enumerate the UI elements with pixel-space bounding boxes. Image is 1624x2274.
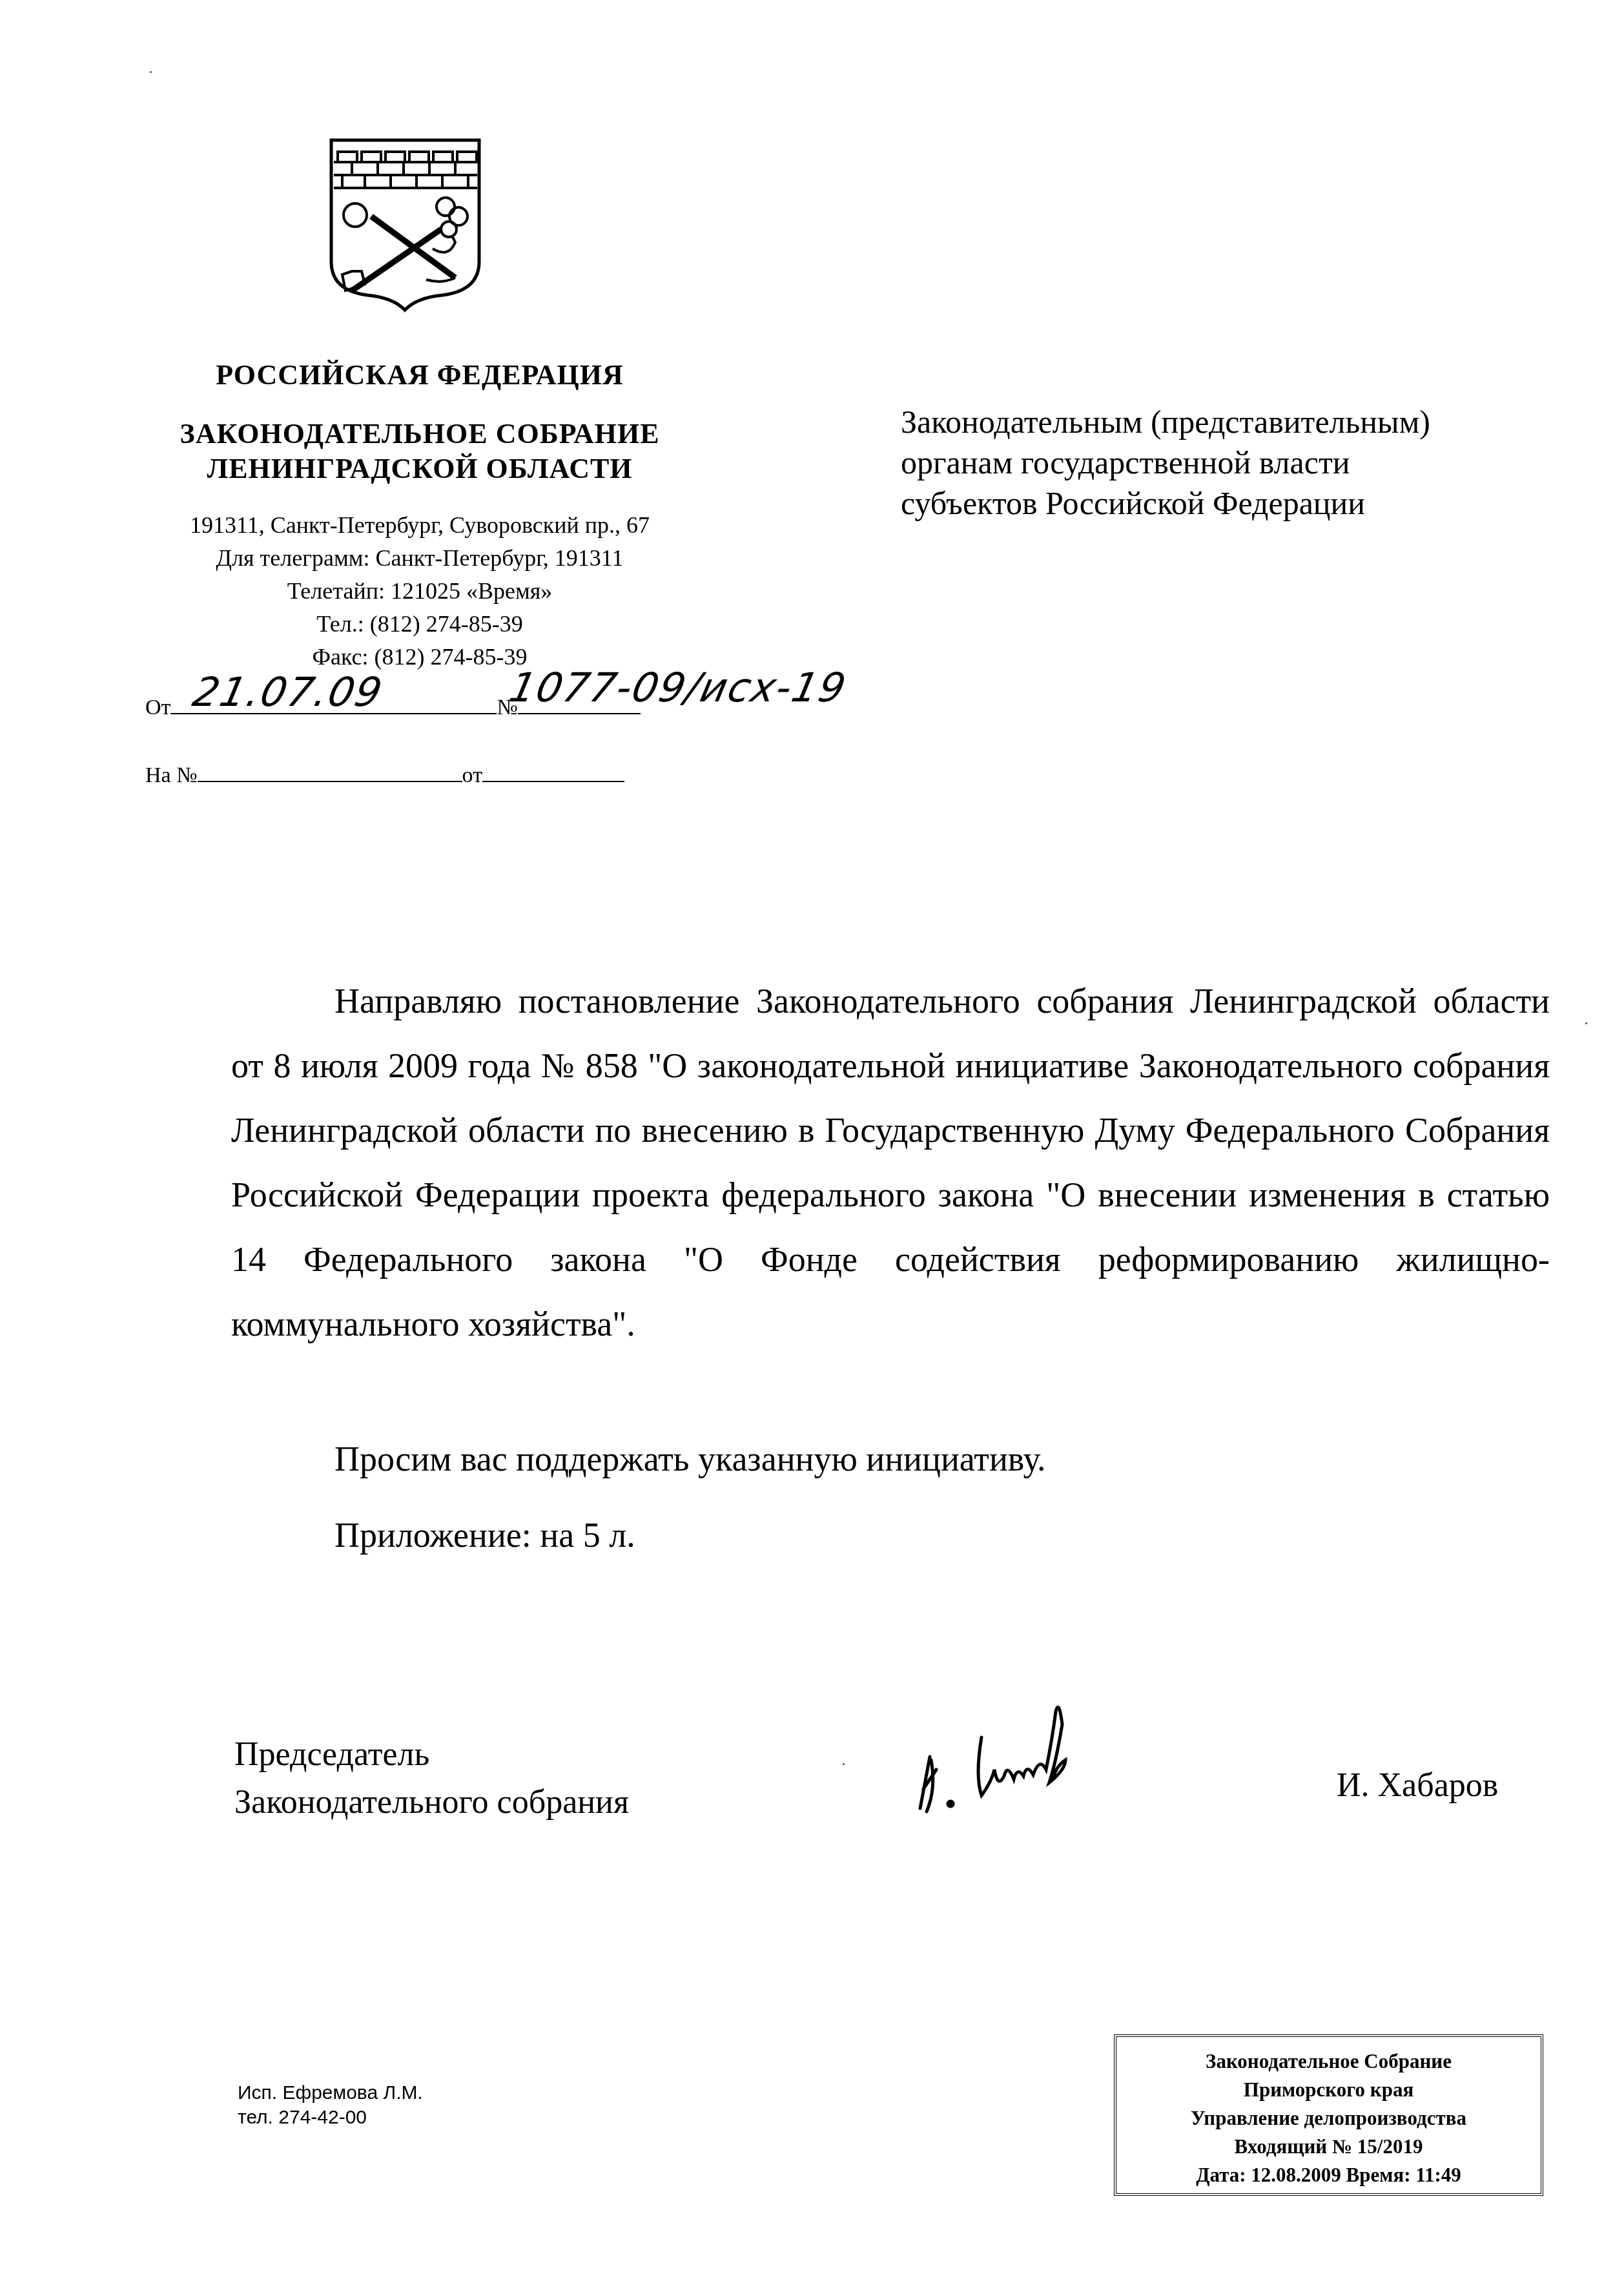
reply-registration: На №от [145, 759, 624, 788]
reply-number-field [198, 759, 462, 782]
position-line-1: Председатель [234, 1731, 629, 1779]
reply-from-label: от [462, 763, 482, 787]
organization-title: ЗАКОНОДАТЕЛЬНОЕ СОБРАНИЕ ЛЕНИНГРАДСКОЙ О… [129, 417, 710, 486]
attachment-note: Приложение: на 5 л. [334, 1515, 635, 1555]
address-block: 191311, Санкт-Петербург, Суворовский пр.… [129, 509, 710, 674]
scan-speck [843, 1763, 845, 1765]
recipient-line: органам государственной власти [901, 442, 1547, 483]
telegram-line: Для телеграмм: Санкт-Петербург, 191311 [129, 542, 710, 575]
reply-number-label: На № [145, 763, 198, 787]
executor-info: Исп. Ефремова Л.М. тел. 274-42-00 [238, 2081, 423, 2130]
organization-line-2: ЛЕНИНГРАДСКОЙ ОБЛАСТИ [129, 451, 710, 486]
scan-speck [150, 71, 152, 73]
signatory-name: И. Хабаров [1337, 1766, 1498, 1804]
handwritten-number: 1077-09/исх-19 [505, 664, 851, 711]
handwritten-date: 21.07.09 [189, 668, 387, 716]
signatory-position: Председатель Законодательного собрания [234, 1731, 629, 1826]
scan-speck [1585, 1022, 1587, 1024]
letter-body: Направляю постановление Законодательного… [231, 969, 1550, 1356]
stamp-incoming-number: Входящий № 15/2019 [1116, 2133, 1541, 2161]
body-paragraph: Направляю постановление Законодательного… [231, 969, 1550, 1356]
reply-date-field [482, 759, 624, 782]
request-paragraph: Просим вас поддержать указанную инициати… [334, 1439, 1046, 1479]
organization-line-1: ЗАКОНОДАТЕЛЬНОЕ СОБРАНИЕ [129, 417, 710, 451]
stamp-line: Приморского края [1116, 2076, 1541, 2104]
country-title: РОССИЙСКАЯ ФЕДЕРАЦИЯ [129, 358, 710, 391]
phone-line: Тел.: (812) 274-85-39 [129, 608, 710, 641]
incoming-registration-stamp: Законодательное Собрание Приморского кра… [1114, 2034, 1543, 2196]
coat-of-arms-icon [326, 132, 484, 313]
stamp-line: Управление делопроизводства [1116, 2104, 1541, 2133]
recipient-line: Законодательным (представительным) [901, 402, 1547, 442]
recipient-block: Законодательным (представительным) орган… [901, 402, 1547, 524]
signature-icon [917, 1699, 1188, 1828]
stamp-line: Законодательное Собрание [1116, 2047, 1541, 2076]
position-line-2: Законодательного собрания [234, 1779, 629, 1826]
address-line: 191311, Санкт-Петербург, Суворовский пр.… [129, 509, 710, 542]
executor-name: Исп. Ефремова Л.М. [238, 2081, 423, 2105]
from-label: От [145, 696, 170, 719]
stamp-date-time: Дата: 12.08.2009 Время: 11:49 [1116, 2161, 1541, 2189]
recipient-line: субъектов Российской Федерации [901, 483, 1547, 524]
executor-phone: тел. 274-42-00 [238, 2105, 423, 2130]
teletype-line: Телетайп: 121025 «Время» [129, 575, 710, 608]
